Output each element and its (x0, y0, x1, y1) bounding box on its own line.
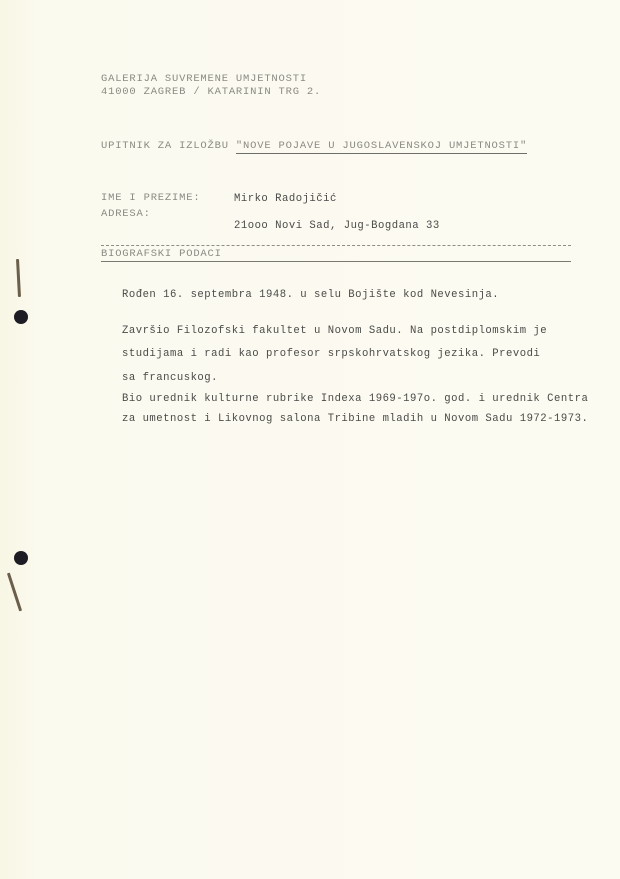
name-label: IME I PREZIME: (101, 192, 200, 205)
document-page: GALERIJA SUVREMENE UMJETNOSTI 41000 ZAGR… (0, 0, 620, 879)
questionnaire-heading: UPITNIK ZA IZLOŽBU "NOVE POJAVE U JUGOSL… (101, 140, 527, 153)
punch-hole-icon (14, 551, 28, 565)
bio-line: za umetnost i Likovnog salona Tribine ml… (122, 413, 588, 426)
name-value: Mirko Radojičić (234, 193, 337, 206)
bio-line: Završio Filozofski fakultet u Novom Sadu… (122, 325, 547, 338)
institution-name: GALERIJA SUVREMENE UMJETNOSTI (101, 73, 307, 86)
bio-line: Bio urednik kulturne rubrike Indexa 1969… (122, 393, 588, 406)
exhibition-title: "NOVE POJAVE U JUGOSLAVENSKOJ UMJETNOSTI… (236, 140, 527, 154)
margin-mark-top (16, 259, 21, 297)
margin-mark-bottom (7, 573, 22, 612)
address-value: 21ooo Novi Sad, Jug-Bogdana 33 (234, 220, 440, 233)
section-rule-bottom (101, 261, 571, 262)
bio-line: sa francuskog. (122, 372, 218, 385)
punch-hole-icon (14, 310, 28, 324)
address-label: ADRESA: (101, 208, 151, 221)
institution-address: 41000 ZAGREB / KATARININ TRG 2. (101, 86, 321, 99)
bio-line: Rođen 16. septembra 1948. u selu Bojište… (122, 289, 499, 302)
questionnaire-prefix: UPITNIK ZA IZLOŽBU (101, 140, 236, 152)
bio-line: studijama i radi kao profesor srpskohrva… (122, 348, 540, 361)
section-heading: BIOGRAFSKI PODACI (101, 248, 222, 261)
section-rule-top (101, 245, 571, 246)
